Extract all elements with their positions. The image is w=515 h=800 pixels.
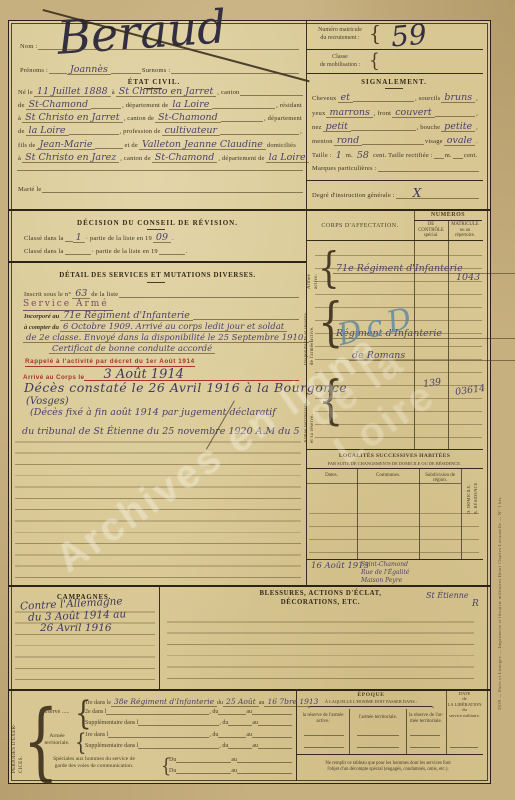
decision-title: DÉCISION DU CONSEIL DE RÉVISION.: [9, 219, 306, 227]
localites-top-rule: [306, 449, 483, 450]
rule: [218, 737, 246, 738]
print: · partie de la liste en 19: [91, 248, 159, 255]
handwriting: la Loire: [266, 154, 309, 163]
handwriting: 1: [73, 234, 85, 243]
handwriting: 1: [333, 152, 345, 160]
box-rule: [306, 49, 483, 50]
section-rule: [9, 261, 306, 263]
handwriting: de 2e classe. Envoyé dans la disponibili…: [23, 334, 309, 343]
print: menton: [311, 138, 334, 145]
reserve-row3: Supplémentaire dans l , du au: [85, 720, 292, 726]
epoque-col1-header: la réserve de l'armée active.: [300, 713, 346, 725]
subdivision-col-header: Subdivision de région.: [419, 473, 461, 483]
disponibilite-label: Disponibilité et réserve de l'armée acti…: [304, 293, 316, 365]
handwriting: 58: [354, 152, 372, 160]
rule: [95, 148, 123, 149]
print: Taille :: [311, 152, 333, 159]
handwriting: 38e Régiment d'Infanterie: [111, 698, 217, 707]
epoque-col3-header: la réserve de l'ar- mée territoriale.: [408, 713, 444, 725]
rule: [220, 134, 299, 135]
blessures-title: BLESSURES, ACTIONS D'ÉCLAT, DÉCORATIONS,…: [159, 589, 482, 607]
classe-brace: {: [369, 50, 380, 72]
sig-line3: nez petit , bouche petite ,: [311, 122, 479, 131]
territoriale-row1: 1re dans l , du au: [85, 732, 292, 738]
surnoms-label: Surnoms :: [141, 67, 171, 74]
rule: [91, 108, 121, 109]
campagnes-entry3: 26 Avril 1916: [37, 623, 115, 633]
rule: [453, 158, 463, 159]
print: Du: [169, 768, 176, 774]
print: 1re dans le: [85, 700, 111, 706]
handwriting: et: [338, 94, 353, 103]
numeros-header: NUMÉROS: [414, 212, 482, 218]
dotted-row: [450, 747, 478, 748]
handwriting: ovale: [444, 137, 475, 146]
epoque-title: ÉPOQUE: [296, 692, 446, 698]
sig-line1: Cheveux et , sourcils bruns ,: [311, 93, 479, 102]
marques-label: Marques particulières :: [311, 165, 378, 172]
title-dash: [147, 229, 165, 230]
rule: [351, 130, 416, 131]
prenoms-value: Joannès: [67, 66, 111, 75]
loc-rows-ruling: [309, 501, 479, 559]
print: , bouche: [416, 124, 442, 131]
corps-row2-entry2: de Romans: [349, 352, 515, 361]
handwriting: la Loire: [169, 101, 212, 110]
print: , du: [219, 743, 228, 749]
rule: [258, 748, 292, 749]
rule: [193, 319, 299, 320]
name-handwritten: Beraud: [55, 0, 228, 65]
loc-row-communes: Saint-Chamond Rue de l'Égalité Maison Pe…: [361, 561, 515, 585]
handwriting: la Loire: [26, 127, 69, 136]
print: fils de: [17, 142, 36, 149]
print: visage: [424, 138, 444, 145]
services-line3: Certificat de bonne conduite accordé: [49, 344, 269, 353]
rappel-stamp: Rappelé à l'activité par décret du 1er A…: [25, 358, 195, 367]
inscrit-row: Inscrit sous le n° 63 de la liste: [23, 289, 299, 298]
handwriting: St-Chamond: [155, 114, 221, 123]
print: cent.: [463, 152, 478, 159]
dotted-row: [357, 747, 399, 748]
print: · partie de la liste en 19: [85, 235, 153, 242]
print: de: [17, 128, 26, 135]
handwriting: Jean-Marie: [36, 141, 95, 150]
handwriting: St-Chamond: [26, 101, 92, 110]
handwriting: St-Chamond: [152, 154, 218, 163]
epoque-subtitle: À LAQUELLE L'HOMME DOIT PASSER DANS :: [296, 699, 446, 704]
ec-line6: à St Christo en Jarez , canton de St-Cha…: [17, 153, 303, 162]
print: , canton de: [123, 115, 156, 122]
rule: [396, 198, 410, 199]
sig-divider: [306, 180, 483, 181]
handwriting: St Christo en Jarret: [22, 114, 123, 123]
services-title: DÉTAIL DES SERVICES ET MUTATIONS DIVERSE…: [9, 271, 306, 279]
marie-row: Marié le: [17, 186, 303, 193]
print: de la liste: [90, 291, 119, 298]
etat-civil-title: ÉTAT CIVIL.: [69, 78, 239, 86]
rule: [159, 254, 185, 255]
matricule-brace: {: [369, 22, 381, 46]
print-italic: à compter du: [23, 324, 60, 331]
rule: [17, 170, 303, 171]
rule: [42, 192, 303, 193]
handwriting: 6 Octobre 1909. Arrivé au corps ledit jo…: [60, 323, 287, 332]
print: Supplémentaire dans l: [85, 743, 138, 749]
handwriting: 63: [72, 290, 90, 299]
print: Né le: [17, 89, 34, 96]
corps-row1-entry: 71e Régiment d'Infanterie: [333, 265, 515, 274]
rule: [228, 725, 252, 726]
rule: [434, 158, 444, 159]
print: ,: [475, 95, 479, 102]
deces-line2: (Vosges): [23, 397, 72, 407]
blessures-ruling: [167, 611, 474, 685]
corps-header-rule: [306, 240, 483, 241]
reserve-row1: 1re dans le 38e Régiment d'Infanterie du…: [85, 697, 292, 706]
epoque-bottom-rule: [296, 754, 483, 755]
territoriale-label: Armée territoriale et sa réserve.: [304, 373, 316, 443]
speciales-label: Spéciales aux hommes du service de garde…: [25, 756, 163, 770]
rule: [138, 725, 219, 726]
title-dash: [385, 88, 403, 89]
print: , département de: [121, 102, 169, 109]
section-rule: [9, 209, 490, 211]
ec-line1: Né le 11 Juillet 1888 à St Christo en Ja…: [17, 87, 303, 96]
handwriting: Valleton Jeanne Claudine: [139, 141, 266, 150]
handwriting: cultivateur: [162, 127, 220, 136]
rule: [221, 121, 263, 122]
handwriting: St Christo en Jarez: [22, 154, 119, 163]
territoriale-row2: Supplémentaire dans l , du au: [85, 743, 292, 749]
handwriting: petit: [323, 123, 351, 132]
handwriting: 71e Régiment d'Infanterie: [60, 312, 193, 321]
rule: [108, 737, 209, 738]
rule: [258, 725, 292, 726]
print: Classé dans la: [23, 235, 65, 242]
print: et de: [123, 142, 138, 149]
compter-row: à compter du 6 Octobre 1909. Arrivé au c…: [23, 322, 299, 331]
handwriting: marrons: [326, 109, 372, 118]
print: , sourcils: [414, 95, 441, 102]
marie-label: Marié le: [17, 186, 42, 193]
nom-row: Nom :: [19, 43, 299, 50]
brace: {: [318, 371, 343, 431]
print: , profession de: [119, 128, 162, 135]
rule: [424, 198, 479, 199]
localites-bottom-rule: [306, 559, 483, 560]
print: .: [475, 138, 479, 145]
print: ,: [299, 128, 303, 135]
print: de: [17, 102, 26, 109]
print: , canton: [216, 89, 240, 96]
reserve-label: Réserve .....: [41, 709, 69, 715]
rule: [176, 773, 231, 774]
print: m.: [345, 152, 354, 159]
print: Du: [169, 757, 176, 763]
rule: [138, 748, 219, 749]
title-dash: [147, 282, 165, 283]
print: , département: [263, 115, 303, 122]
epoque-vline: [349, 709, 350, 754]
rule: [306, 468, 483, 469]
speciales-row1: Du au: [169, 757, 292, 763]
blank-ruled-area: [15, 431, 301, 585]
armee-territoriale-label: Armée territoriale.: [37, 733, 77, 746]
degre-label: Degré d'instruction générale :: [311, 192, 396, 199]
print: , département de: [217, 155, 265, 162]
dotted-row: [410, 747, 440, 748]
rule: [306, 483, 461, 484]
scanned-military-record: { "watermark": { "line1": "Archives en l…: [0, 0, 515, 800]
reserve-row2: 2e dans l , du au: [85, 709, 292, 715]
rule: [237, 773, 292, 774]
signalement-title: SIGNALEMENT.: [309, 78, 479, 86]
rule: [49, 73, 67, 74]
rule: [176, 762, 231, 763]
rule: [218, 714, 246, 715]
rule: [353, 101, 414, 102]
surnoms-rule: [171, 73, 299, 74]
print: .: [185, 248, 189, 255]
handwriting: petite: [441, 123, 475, 132]
print: 2e dans l: [85, 709, 106, 715]
incorp-row: Incorporé au 71e Régiment d'Infanterie: [23, 311, 299, 320]
rule: [362, 144, 424, 145]
print: ,: [475, 110, 479, 117]
section-rule: [9, 689, 490, 691]
ec-line2: de St-Chamond , département de la Loire …: [17, 100, 303, 109]
speciales-row2: Du au: [169, 768, 292, 774]
handwriting: Certificat de bonne conduite accordé: [49, 345, 215, 354]
marques-row: Marques particulières :: [311, 165, 479, 172]
rule: [106, 714, 209, 715]
print: m.: [444, 152, 453, 159]
matricule-col-header: MATRICULE ou au répertoire.: [448, 222, 482, 239]
rule: [65, 254, 91, 255]
classe2-row: Classé dans la · partie de la liste en 1…: [23, 248, 299, 255]
rule: [69, 134, 119, 135]
localites-title: LOCALITÉS SUCCESSIVES HABITÉES: [306, 453, 483, 459]
epoque-vline: [406, 709, 407, 754]
nom-rule: [38, 49, 299, 50]
print: cent. Taille rectifiée :: [372, 152, 434, 159]
rule: [65, 241, 73, 242]
prenoms-row: Prénoms : Joannès Surnoms :: [19, 65, 299, 74]
ec-line5: fils de Jean-Marie et de Valleton Jeanne…: [17, 140, 303, 149]
print: Classé dans la: [23, 248, 65, 255]
deces-line1: Décès constaté le 26 Avril 1916 à la Bou…: [21, 383, 350, 393]
epoque-overbrace: [308, 706, 434, 711]
rule: [240, 95, 303, 96]
print: , du: [209, 709, 218, 715]
printer-imprint: 2039 — Paris et Limoges — Imprimerie et …: [496, 310, 503, 710]
rule: [212, 108, 275, 109]
controle-col-header: DE CONTRÔLE spécial.: [414, 222, 448, 239]
print: .: [171, 235, 175, 242]
rule: [228, 748, 252, 749]
handwriting: St Christo en Jarret: [116, 88, 217, 97]
sig-line2: yeux marrons , front couvert ,: [311, 108, 479, 117]
print: nez: [311, 124, 323, 131]
print: domiciliés: [266, 142, 297, 149]
dotted-row: [304, 735, 344, 736]
section-rule: [9, 585, 490, 587]
rule: [252, 714, 292, 715]
communes-col-header: Communes.: [357, 473, 419, 478]
print: Cheveux: [311, 95, 338, 102]
print: ,: [475, 124, 479, 131]
handwriting: bruns: [441, 94, 475, 103]
print: , résidant: [275, 102, 303, 109]
epoque-col2-header: l'armée territoriale.: [353, 715, 403, 721]
print: yeux: [311, 110, 326, 117]
rule: [378, 171, 479, 172]
ec-line4: de la Loire , profession de cultivateur …: [17, 126, 303, 135]
handwriting: 09: [153, 234, 171, 243]
dotted-row: [410, 735, 440, 736]
rule: [119, 297, 299, 298]
print: , du: [209, 732, 218, 738]
print: Supplémentaire dans l: [85, 720, 138, 726]
prenoms-label: Prénoms :: [19, 67, 49, 74]
ec-line3: à St Christo en Jarret , canton de St-Ch…: [17, 113, 303, 122]
rule: [237, 762, 292, 763]
handwriting: couvert: [392, 109, 435, 118]
classe1-row: Classé dans la 1 · partie de la liste en…: [23, 233, 299, 242]
matricule-label: Numéro matricule du recrutement :: [309, 27, 371, 42]
sig-line4: menton rond visage ovale .: [311, 136, 479, 145]
degre-value: X: [410, 188, 425, 199]
dotted-row: [357, 735, 399, 736]
print: , front: [373, 110, 392, 117]
ec-blank-line: [17, 170, 303, 171]
dotted-row: [304, 747, 344, 748]
epoque-note: Ne remplir ce tableau que pour les homme…: [302, 761, 474, 773]
localites-subtitle: PAR SUITE DE CHANGEMENTS DE DOMICILE OU …: [306, 461, 483, 466]
box-rule: [306, 73, 483, 74]
print: , canton de: [119, 155, 152, 162]
rule: [435, 116, 475, 117]
print-italic: Incorporé au: [23, 313, 60, 320]
dates-col-header: Dates.: [306, 473, 357, 478]
print: , du: [219, 720, 228, 726]
degre-row: Degré d'instruction générale : X: [311, 188, 479, 199]
print: 1re dans l: [85, 732, 108, 738]
handwriting: 25 Août: [223, 698, 259, 707]
liberation-col-header: DATE de LA LIBÉRATION du service militai…: [447, 691, 482, 718]
taille-row: Taille : 1 m. 58 cent. Taille rectifiée …: [311, 151, 479, 159]
nom-label: Nom :: [19, 43, 38, 50]
rule: [111, 73, 141, 74]
corps-row1-matricule: 1043: [453, 274, 515, 282]
services-line2: de 2e classe. Envoyé dans la disponibili…: [23, 333, 299, 342]
handwriting: 11 Juillet 1888: [34, 88, 111, 97]
corps-header: CORPS D'AFFECTATION.: [308, 223, 412, 229]
record-card: Beraud Nom : Prénoms : Joannès Surnoms :…: [8, 20, 491, 784]
classe-label: Classe de mobilisation :: [309, 54, 371, 69]
rule: [252, 737, 292, 738]
handwriting: rond: [334, 137, 362, 146]
print: Inscrit sous le n°: [23, 291, 72, 298]
